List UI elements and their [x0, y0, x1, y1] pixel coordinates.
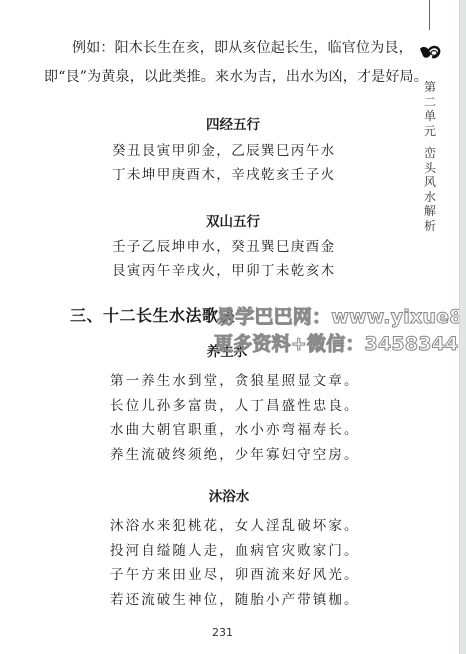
poem-line: 若还流破生神位，随胎小产带镇枷。	[110, 588, 360, 613]
watermark-site: 易学巴巴网：www.yixue88.cn	[216, 302, 466, 329]
verse-line: 丁未坤甲庚酉木，辛戌乾亥壬子火	[112, 163, 336, 187]
verse-sijing: 癸丑艮寅甲卯金，乙辰巽巳丙午水 丁未坤甲庚酉木，辛戌乾亥壬子火	[112, 139, 336, 187]
book-emblem-icon	[419, 44, 441, 62]
section-title-sijing: 四经五行	[0, 113, 466, 133]
watermark-contact: 更多资料+微信：3458344044	[214, 329, 466, 356]
poem-line: 水曲大朝官职重，水小亦弯福寿长。	[110, 418, 360, 443]
poem-line: 投河自缢随人走，血病官灾败家门。	[110, 539, 360, 564]
unit-char: 二	[422, 95, 438, 110]
chapter-char: 峦	[422, 146, 438, 161]
verse-line: 壬子乙辰坤申水，癸丑巽巳庚酉金	[112, 235, 336, 259]
poem-yangsheng: 第一养生水到堂，贪狼星照显文章。 长位儿孙多富贵，人丁昌盛性忠良。 水曲大朝官职…	[110, 369, 360, 467]
verse-line: 艮寅丙午辛戌火，甲卯丁未乾亥木	[112, 259, 336, 283]
poem-line: 沐浴水来犯桃花，女人淫乱破坏家。	[110, 514, 360, 539]
chapter-char: 风	[422, 175, 438, 190]
poem-title-muyu: 沐浴水	[0, 485, 462, 505]
side-divider-line	[429, 0, 430, 30]
verse-line: 癸丑艮寅甲卯金，乙辰巽巳丙午水	[112, 139, 336, 163]
chapter-char: 水	[422, 190, 438, 205]
page-number: 231	[212, 626, 233, 639]
poem-line: 养生流破终须绝，少年寡妇守空房。	[110, 443, 360, 468]
intro-paragraph: 例如：阳木长生在亥，即从亥位起长生，临官位为艮， 即“艮”为黄泉，以此类推。来水…	[44, 34, 404, 92]
section-title-shuangshan: 双山五行	[0, 210, 466, 230]
poem-line: 子午方来田业尽，卯酉流来好风光。	[110, 563, 360, 588]
verse-shuangshan: 壬子乙辰坤申水，癸丑巽巳庚酉金 艮寅丙午辛戌火，甲卯丁未乾亥木	[112, 235, 336, 283]
chapter-heading: 三、十二长生水法歌诀	[70, 303, 235, 326]
poem-line: 长位儿孙多富贵，人丁昌盛性忠良。	[110, 394, 360, 419]
chapter-char: 头	[422, 161, 438, 176]
intro-line-1: 例如：阳木长生在亥，即从亥位起长生，临官位为艮，	[44, 34, 404, 63]
poem-muyu: 沐浴水来犯桃花，女人淫乱破坏家。 投河自缢随人走，血病官灾败家门。 子午方来田业…	[110, 514, 360, 612]
page-edge-strip	[459, 0, 466, 654]
intro-line-2: 即“艮”为黄泉，以此类推。来水为吉，出水为凶，才是好局。	[44, 63, 404, 92]
poem-line: 第一养生水到堂，贪狼星照显文章。	[110, 369, 360, 394]
